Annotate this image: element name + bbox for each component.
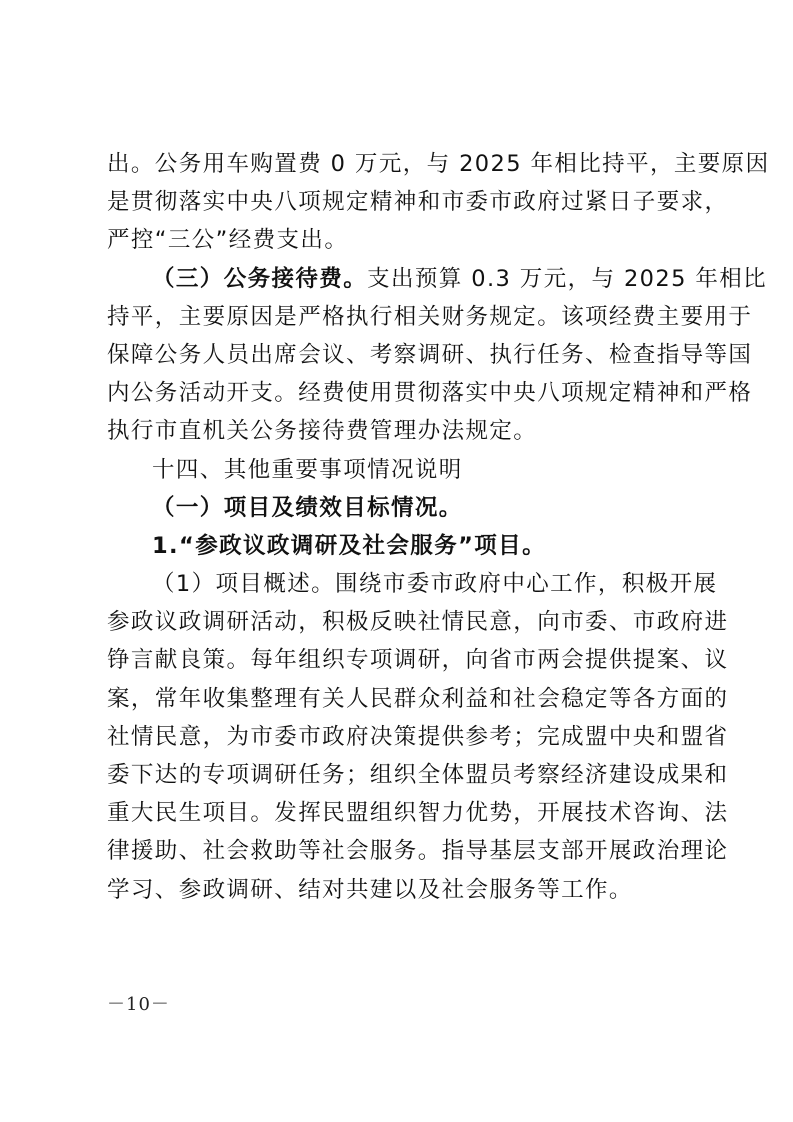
subsection-heading: （一）项目及绩效目标情况。 — [107, 489, 691, 527]
paragraph-line: 参政议政调研活动，积极反映社情民意，向市委、市政府进 — [107, 603, 691, 641]
paragraph-line: 出。公务用车购置费 0 万元，与 2025 年相比持平，主要原因 — [107, 145, 691, 183]
paragraph-line: 案，常年收集整理有关人民群众利益和社会稳定等各方面的 — [107, 680, 691, 718]
paragraph-line: 保障公务人员出席会议、考察调研、执行任务、检查指导等国 — [107, 336, 691, 374]
page-number: －10－ — [107, 990, 170, 1016]
project-heading: 1.“参政议政调研及社会服务”项目。 — [107, 527, 691, 565]
paragraph-line: 是贯彻落实中央八项规定精神和市委市政府过紧日子要求， — [107, 183, 691, 221]
paragraph-line: 内公务活动开支。经费使用贯彻落实中央八项规定精神和严格 — [107, 374, 691, 412]
section-heading-line: （三）公务接待费。支出预算 0.3 万元，与 2025 年相比 — [107, 260, 691, 298]
paragraph-line: 铮言献良策。每年组织专项调研，向省市两会提供提案、议 — [107, 641, 691, 679]
paragraph-line: 重大民生项目。发挥民盟组织智力优势，开展技术咨询、法 — [107, 794, 691, 832]
document-body: 出。公务用车购置费 0 万元，与 2025 年相比持平，主要原因 是贯彻落实中央… — [107, 145, 691, 909]
paragraph-line: 学习、参政调研、结对共建以及社会服务等工作。 — [107, 871, 691, 909]
paragraph-line: 持平，主要原因是严格执行相关财务规定。该项经费主要用于 — [107, 298, 691, 336]
chapter-heading: 十四、其他重要事项情况说明 — [107, 451, 691, 489]
paragraph-line: 严控“三公”经费支出。 — [107, 221, 691, 259]
section-heading-text: 支出预算 0.3 万元，与 2025 年相比 — [367, 266, 767, 292]
paragraph-line: 律援助、社会救助等社会服务。指导基层支部开展政治理论 — [107, 832, 691, 870]
paragraph-line: （1）项目概述。围绕市委市政府中心工作，积极开展 — [107, 565, 691, 603]
section-heading-bold: （三）公务接待费。 — [152, 266, 367, 292]
paragraph-line: 执行市直机关公务接待费管理办法规定。 — [107, 412, 691, 450]
paragraph-line: 社情民意，为市委市政府决策提供参考；完成盟中央和盟省 — [107, 718, 691, 756]
paragraph-line: 委下达的专项调研任务；组织全体盟员考察经济建设成果和 — [107, 756, 691, 794]
